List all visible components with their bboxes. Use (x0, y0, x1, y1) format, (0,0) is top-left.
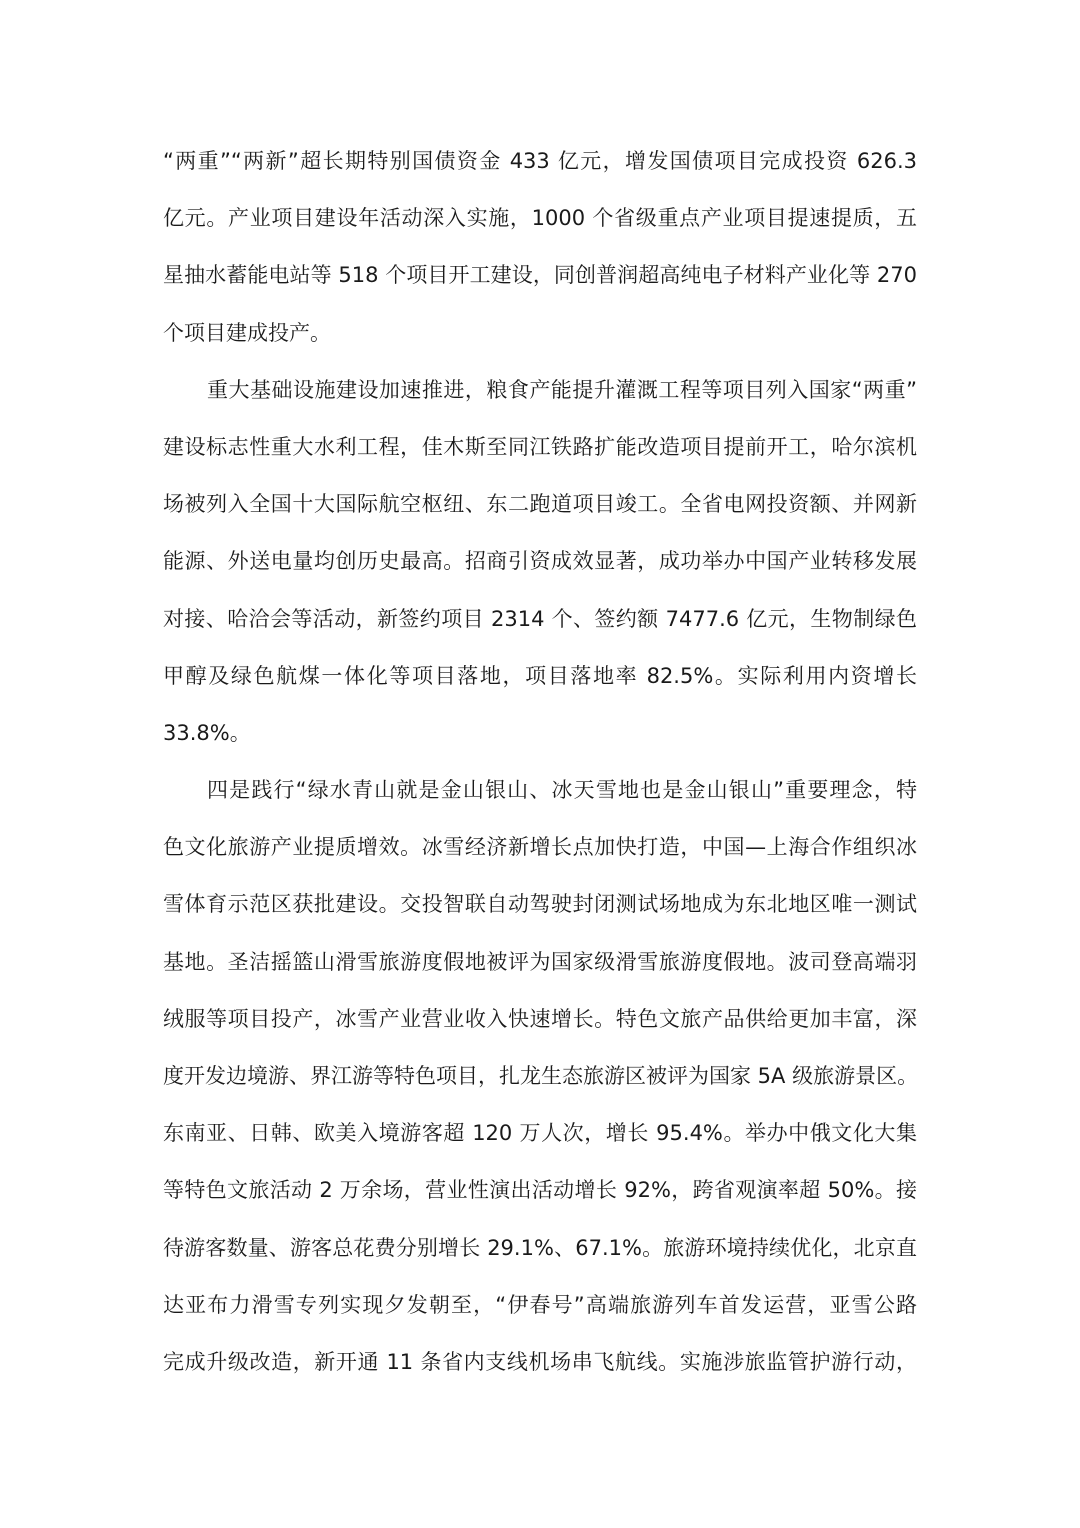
text-line: 色文化旅游产业提质增效。冰雪经济新增长点加快打造，中国—上海合作组织冰 (163, 819, 917, 876)
text-line: 雪体育示范区获批建设。交投智联自动驾驶封闭测试场地成为东北地区唯一测试 (163, 876, 917, 933)
text-line: 场被列入全国十大国际航空枢纽、东二跑道项目竣工。全省电网投资额、并网新 (163, 476, 917, 533)
text-line: 星抽水蓄能电站等 518 个项目开工建设，同创普润超高纯电子材料产业化等 270 (163, 247, 917, 304)
text-line: 等特色文旅活动 2 万余场，营业性演出活动增长 92%，跨省观演率超 50%。接 (163, 1162, 917, 1219)
text-line: 待游客数量、游客总花费分别增长 29.1%、67.1%。旅游环境持续优化，北京直 (163, 1220, 917, 1277)
text-line: 基地。圣洁摇篮山滑雪旅游度假地被评为国家级滑雪旅游度假地。波司登高端羽 (163, 934, 917, 991)
text-line: “两重”“两新”超长期特别国债资金 433 亿元，增发国债项目完成投资 626.… (163, 133, 917, 190)
text-line: 33.8%。 (163, 705, 917, 762)
text-line: 对接、哈洽会等活动，新签约项目 2314 个、签约额 7477.6 亿元，生物制… (163, 591, 917, 648)
text-line: 绒服等项目投产，冰雪产业营业收入快速增长。特色文旅产品供给更加丰富，深 (163, 991, 917, 1048)
text-line: 亿元。产业项目建设年活动深入实施，1000 个省级重点产业项目提速提质，五 (163, 190, 917, 247)
paragraph-2: 重大基础设施建设加速推进，粮食产能提升灌溉工程等项目列入国家“两重” 建设标志性… (163, 362, 917, 762)
text-line: 东南亚、日韩、欧美入境游客超 120 万人次，增长 95.4%。举办中俄文化大集 (163, 1105, 917, 1162)
text-line: 度开发边境游、界江游等特色项目，扎龙生态旅游区被评为国家 5A 级旅游景区。 (163, 1048, 917, 1105)
text-line: 建设标志性重大水利工程，佳木斯至同江铁路扩能改造项目提前开工，哈尔滨机 (163, 419, 917, 476)
text-line: 达亚布力滑雪专列实现夕发朝至，“伊春号”高端旅游列车首发运营，亚雪公路 (163, 1277, 917, 1334)
text-line: 完成升级改造，新开通 11 条省内支线机场串飞航线。实施涉旅监管护游行动， (163, 1334, 917, 1391)
text-line: 个项目建成投产。 (163, 305, 917, 362)
text-line: 重大基础设施建设加速推进，粮食产能提升灌溉工程等项目列入国家“两重” (163, 362, 917, 419)
text-line: 甲醇及绿色航煤一体化等项目落地，项目落地率 82.5%。实际利用内资增长 (163, 648, 917, 705)
paragraph-3: 四是践行“绿水青山就是金山银山、冰天雪地也是金山银山”重要理念，特 色文化旅游产… (163, 762, 917, 1391)
document-page: “两重”“两新”超长期特别国债资金 433 亿元，增发国债项目完成投资 626.… (163, 133, 917, 1391)
text-line: 四是践行“绿水青山就是金山银山、冰天雪地也是金山银山”重要理念，特 (163, 762, 917, 819)
paragraph-1: “两重”“两新”超长期特别国债资金 433 亿元，增发国债项目完成投资 626.… (163, 133, 917, 362)
text-line: 能源、外送电量均创历史最高。招商引资成效显著，成功举办中国产业转移发展 (163, 533, 917, 590)
